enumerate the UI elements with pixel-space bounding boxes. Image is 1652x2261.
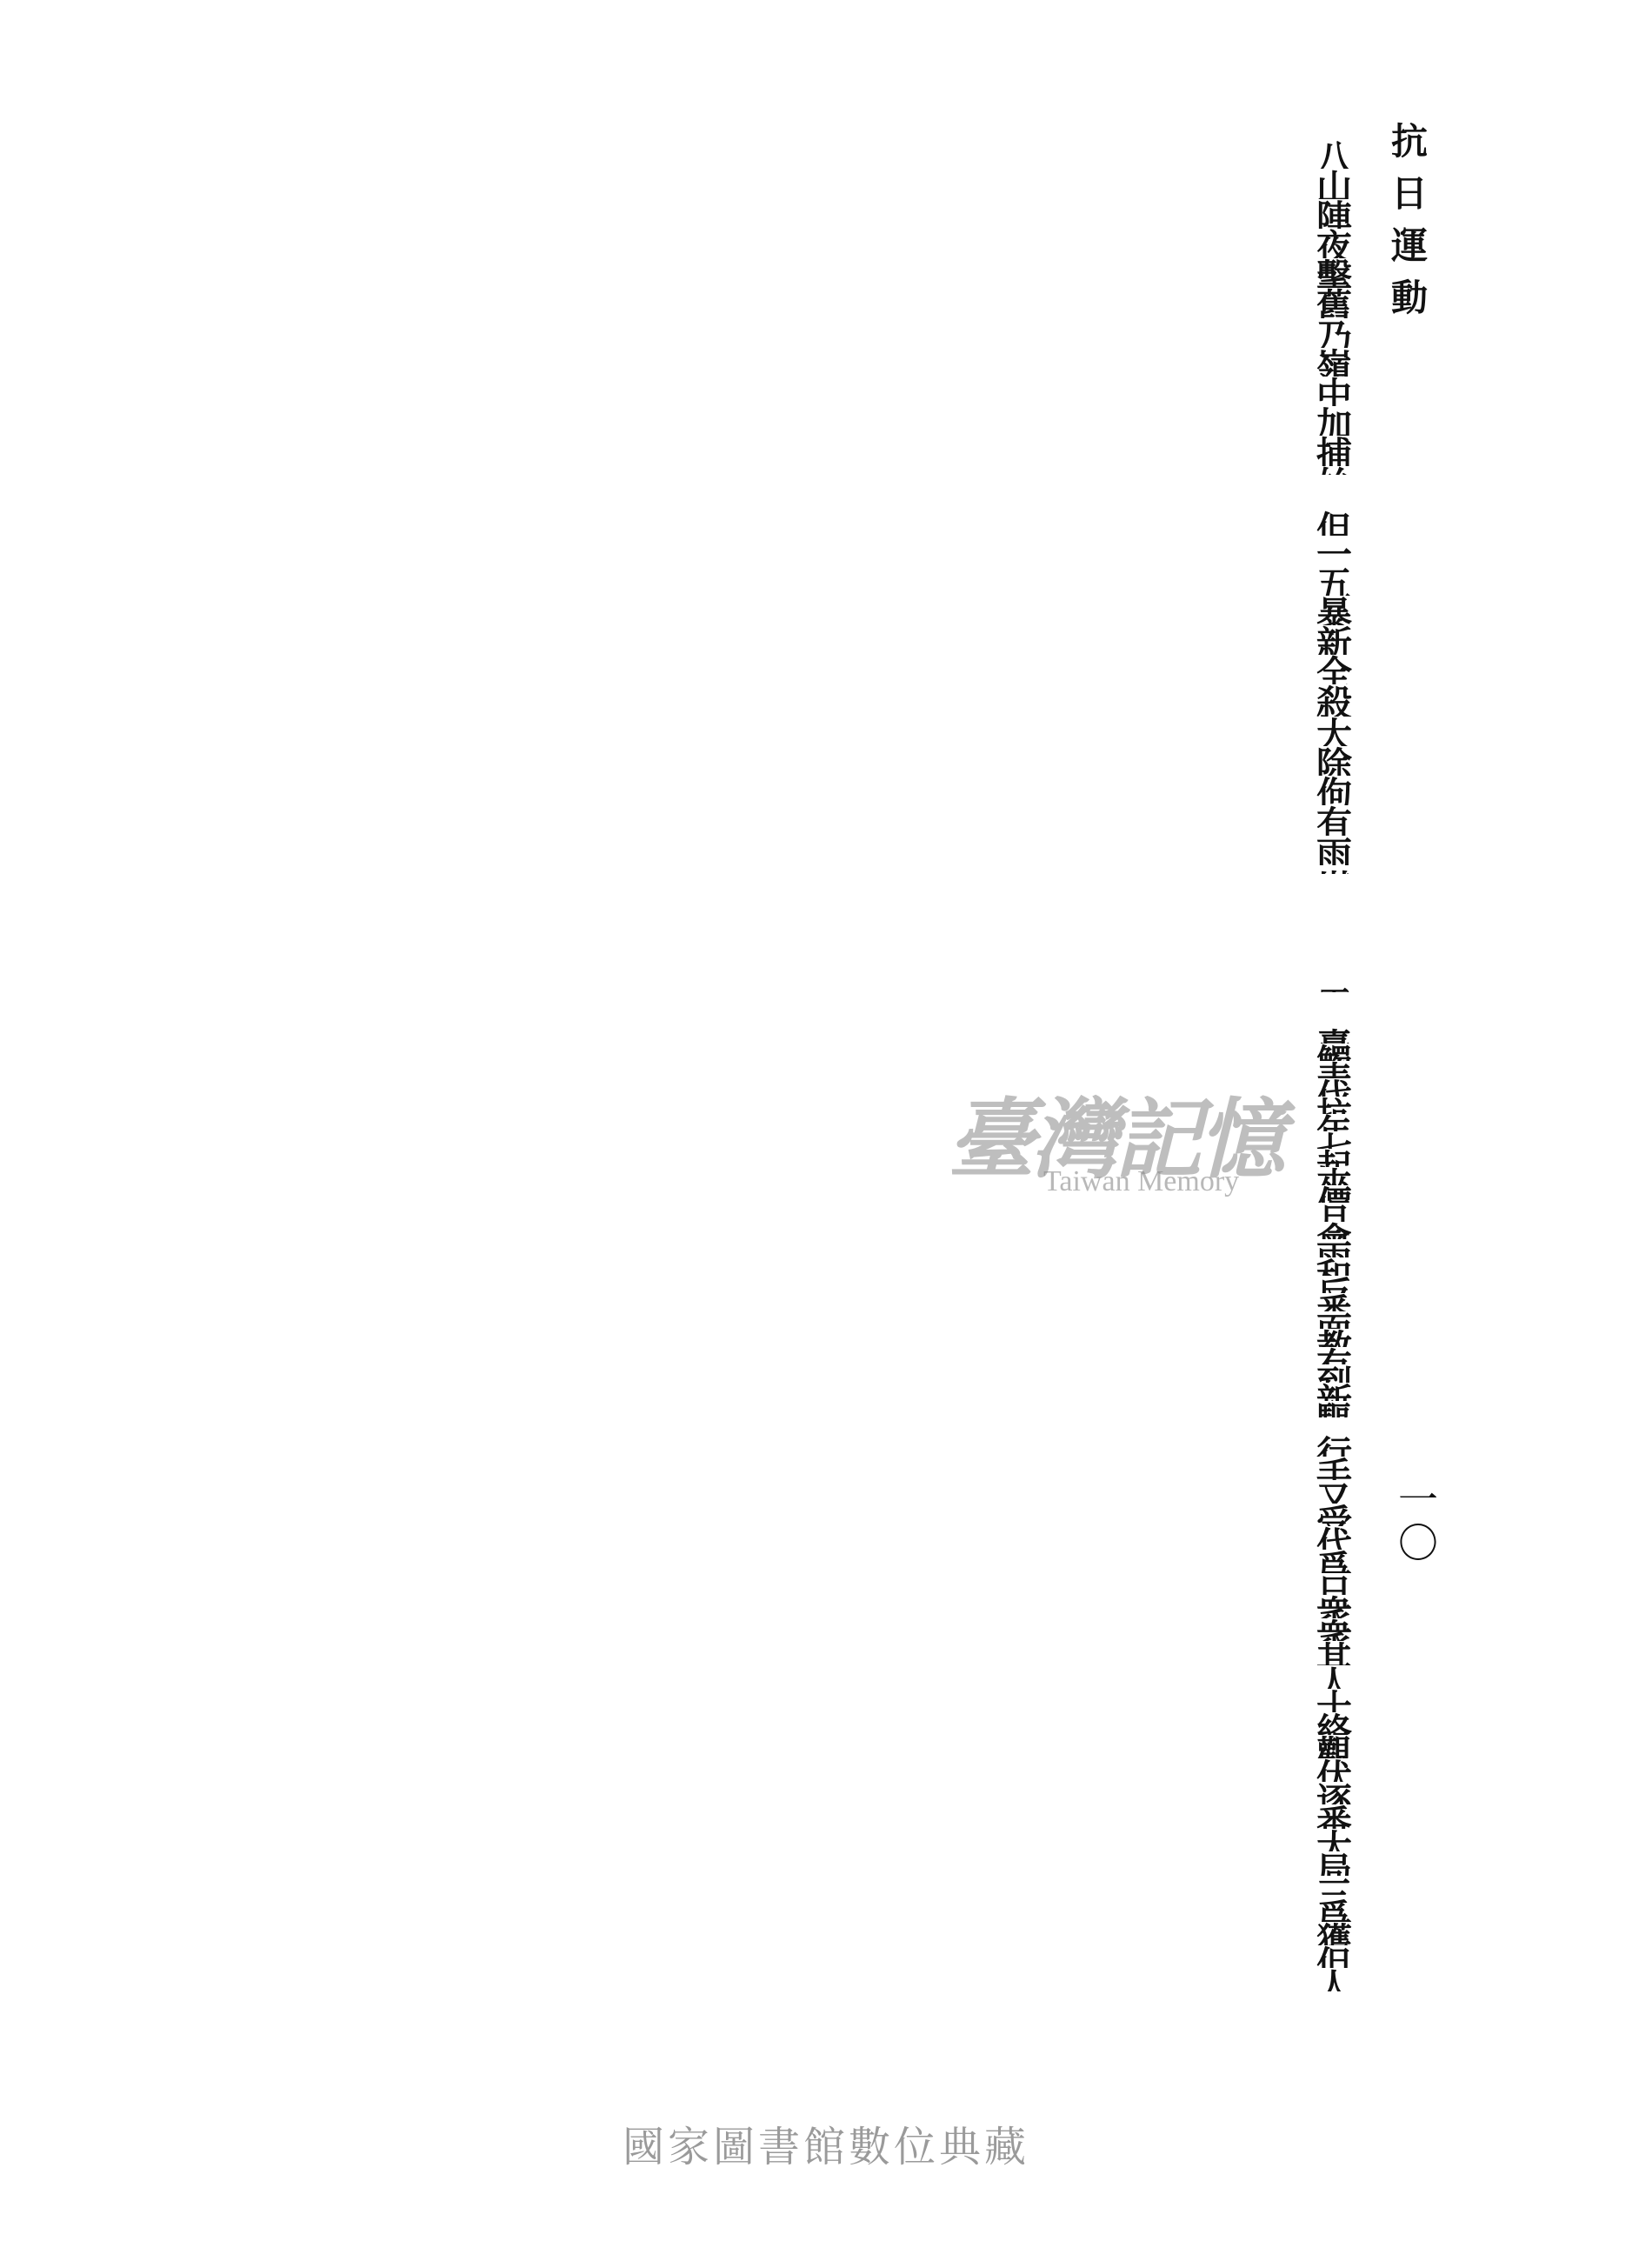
running-head: 抗日運動 xyxy=(1381,122,1433,330)
text-column: 衆，將剿日人，乃籌謀決定於運動會時實行， xyxy=(1297,1595,1365,1618)
text-column: 但日寇對這次抗戰，抱恨太深，於一九 xyxy=(1297,475,1365,536)
text-column: 中，但疲乏饑餒，疫癘交侵，余也病臥草中， xyxy=(1297,377,1365,406)
text-column: 月，所以他們心裡感覺嫌惡，至這次將舉行運動 xyxy=(1297,1203,1365,1222)
text-column: 山，憑險築寨，與日本臺南守備隊及警察隊對 xyxy=(1297,169,1365,198)
text-column: 五日，舉行第一審公判，乃大逞毒手，發揮殘 xyxy=(1297,565,1365,595)
text-column: 陣。日方大震，乃急遣臺南警備隊一聯隊，星 xyxy=(1297,199,1365,229)
text-column: 教育，組織問題，頗有研究，竭力加以整頓， xyxy=(1297,1329,1365,1347)
text-column: 反唇叱罵，日人益怒，乃加以痛鞭，至夜半該 xyxy=(1297,1276,1365,1294)
text-column: 逐一抽走，花岡兄弟忽換了番服，角聲一鳴， xyxy=(1297,1782,1365,1805)
text-column: 有之浩劫。殺屍盈野，血流成河，且任其日晒 xyxy=(1297,805,1365,835)
text-column: 表現各異，但也非常可歌可泣，經十多年的征 xyxy=(1297,1061,1365,1079)
text-column: 人被打死之翌日，番人仍到場進行工作，至二 xyxy=(1297,1665,1365,1689)
text-column: 絡繹而來。二十七日晨也如期舉行運動會，參 xyxy=(1297,1712,1365,1736)
text-column: 局，各官員宿舍，日本人會社等，共計殺了一百 xyxy=(1297,1851,1365,1876)
text-column: 大平地爲刑場，以一百人爲一次，依次屠殺， xyxy=(1297,717,1365,746)
text-column: 價錢低廉，然而日人忽視他們，常積欠工資數 xyxy=(1297,1185,1365,1204)
text-column: 暴，竟將噍吧哖附近之後厝、竹圍、番仔厝、 xyxy=(1297,596,1365,625)
text-column: 手。這次其子曾和吉村發生衝突，久思報讐。 xyxy=(1297,1457,1365,1480)
text-column: 伐，仍不稍屈。後日人入山積行壓制，致番族 xyxy=(1297,1078,1365,1097)
text-column: 爲日警圖姦未遂，控訴於警官，而警官反左祖 xyxy=(1297,1550,1365,1573)
section-heading: 霧社事件 xyxy=(1297,874,1365,991)
text-column: 到臺北及其他各城市，也曾赴日本觀光，得有 xyxy=(1297,1364,1365,1383)
footer-credit: 國家圖書館數位典藏 xyxy=(0,2113,1652,2173)
text-column: 全部看作兇犯，實行世界裁判史上空前的大慘 xyxy=(1297,655,1365,684)
text-column: 衆推他們兄弟及摩那，羅達奧三人爲首，願聽 xyxy=(1297,1618,1365,1642)
text-column: 代表番族智識階級，且他們的妻室俱美麗，曾 xyxy=(1297,1526,1365,1550)
text-band-bottom: 行，但因他的勢力很大，日人也不敢輕易動手。這次其子曾和吉村發生衝突，久思報讐。又… xyxy=(1297,1435,1365,1991)
text-column: 舊，到底不能支持，大寨遂被日軍砲兵攻破， xyxy=(1297,288,1365,317)
text-column: 新時代的智識，故他再三領導番衆抗日，企圖 xyxy=(1297,1383,1365,1401)
text-column: 十五日如期工作完竣，日人來賓及學生家長， xyxy=(1297,1689,1365,1712)
text-column: 捕了。又江定至翌年五月十八日投降，本事件 xyxy=(1297,436,1365,465)
text-column: 三十四人，受傷半死者二百十五人，臺人誤認 xyxy=(1297,1876,1365,1899)
text-column: 獲取武器彈藥等乃退入深山。日人雖遣大兵， xyxy=(1297,1922,1365,1945)
text-column: 始告一段落。 xyxy=(1297,466,1365,475)
text-band-middle: 堪設想了。霧社事件臺灣番族，雖稱文化落後，但素與臺人接觸往來，漸受感化，他們對日… xyxy=(1297,870,1365,1417)
text-column: 夜來援。但初戰不利，後再加一大隊，日夜轟 xyxy=(1297,229,1365,258)
text-column: 一五年五月在臺南開了臨時法院，至八月二十 xyxy=(1297,536,1365,565)
text-column: 加之日方搜查甚緊，至二十二日余在王來庄被 xyxy=(1297,406,1365,436)
text-column: 受相當教育，尤一郎擔任小學教職員，不失爲 xyxy=(1297,1504,1365,1527)
text-column: 和吉川二人，就執鞭便打，中有一番人不服， xyxy=(1297,1257,1365,1276)
text-column: 起，開始設備會場，搭築樂臺，並布置建築將 xyxy=(1297,1149,1365,1167)
watermark-text: Taiwan Memory xyxy=(1043,1165,1239,1198)
text-column: 大部份殺死，同時圍攻政治機關，學校，郵 xyxy=(1297,1829,1365,1851)
text-column: 除婦女外，不分老幼，皆就縛俯臥，老者龍鍾 xyxy=(1297,746,1365,776)
text-column: 但在深山裡，森林內已無用武之地，日寇不顧 xyxy=(1297,1945,1365,1969)
text-column: 殺。即囚集民衆三千二百餘人於一山坡，另擇一 xyxy=(1297,684,1365,716)
text-column: 觀者雲集，正在興高彩烈之時，而番衆早已埋 xyxy=(1297,1735,1365,1758)
text-column: 其指揮。但於起事之前，愼重秘密，雖那運材番 xyxy=(1297,1641,1365,1665)
text-column: 七日霧社決定舉行秋季運動會，即自二十二日 xyxy=(1297,1131,1365,1150)
text-column: 擊，連戰七晝夜。抗日軍因訓練未精，武器又 xyxy=(1297,258,1365,288)
text-band-top: 八百公尺地點，標高五百九十三尺之高地虎頭山，憑險築寨，與日本臺南守備隊及警察隊對… xyxy=(1297,139,1365,865)
text-column: 爲日人被殺死者有二人。他們佔領霧社三天， xyxy=(1297,1898,1365,1922)
text-column: 雨道路淋漓，工作遲緩，監工者日人巡查石川 xyxy=(1297,1239,1365,1257)
text-column: 番衆五百人，挺身而起，刀光閃々，人頭落地， xyxy=(1297,1804,1365,1829)
text-column: 雨淋，臭氣薰天，悽慘極矣，此情此景，誠不 xyxy=(1297,836,1365,865)
text-column: 來參觀的日本官紳的館舍，番人素耐勞役，而 xyxy=(1297,1167,1365,1185)
text-column: 新化、內庄、左鎮、茶寮等二十多村落住民， xyxy=(1297,625,1365,655)
text-column: 有相當成績，受着番衆敬服，勢力浩大。他曾 xyxy=(1297,1347,1365,1365)
text-column: 日警，他們兄弟只得忍怒未發，於是糾合社 xyxy=(1297,1573,1365,1595)
text-column: 又有番人兄弟，日名叫花岡一郎，二郎者，均 xyxy=(1297,1480,1365,1504)
text-column: 臺灣番族，雖稱文化落後，但素與臺人接 xyxy=(1297,992,1365,1044)
text-column: 會，便雇了番族十餘人，搬運材木，此時因下 xyxy=(1297,1222,1365,1240)
text-column: 年驚天動地的霧社事件了。緣是年十月二十 xyxy=(1297,1114,1365,1131)
text-column: 抗日情緒，日趨沸騰起來，乃發生了一九三〇 xyxy=(1297,1097,1365,1115)
text-column: 驅逐日本勢力，但均不幸事前漏洩，不得遂 xyxy=(1297,1401,1365,1418)
text-column: 八百公尺地點，標高五百九十三尺之高地虎頭 xyxy=(1297,139,1365,169)
page-number: 一〇 xyxy=(1387,1478,1444,1565)
text-column: 嶺，風餐露宿，連跑十多天，奔到四社寮山 xyxy=(1297,348,1365,377)
text-column: 佝僂，幼者就乳襁褓，無一倖免，實人世未曾 xyxy=(1297,776,1365,805)
text-column: 乃乘夜退入山中。此時僅剩三百餘人，攀山過 xyxy=(1297,318,1365,348)
text-column: 行，但因他的勢力很大，日人也不敢輕易動 xyxy=(1297,1435,1365,1457)
text-column: 伏於會場四圍，約近午刻時候，他們先將番童 xyxy=(1297,1758,1365,1782)
text-column: 人道違反國際禁約曾使用飛機放下毒瓦斯，再 xyxy=(1297,1968,1365,1991)
text-column: 觸往來，漸受感化，他們對日人怨恨，雖其 xyxy=(1297,1044,1365,1061)
text-column: 面馬漢博社頭目，摩那、羅達奧，素對番族之 xyxy=(1297,1311,1365,1330)
text-column: 番因傷致死，全山番衆舊恨新仇一時並發。一 xyxy=(1297,1293,1365,1311)
